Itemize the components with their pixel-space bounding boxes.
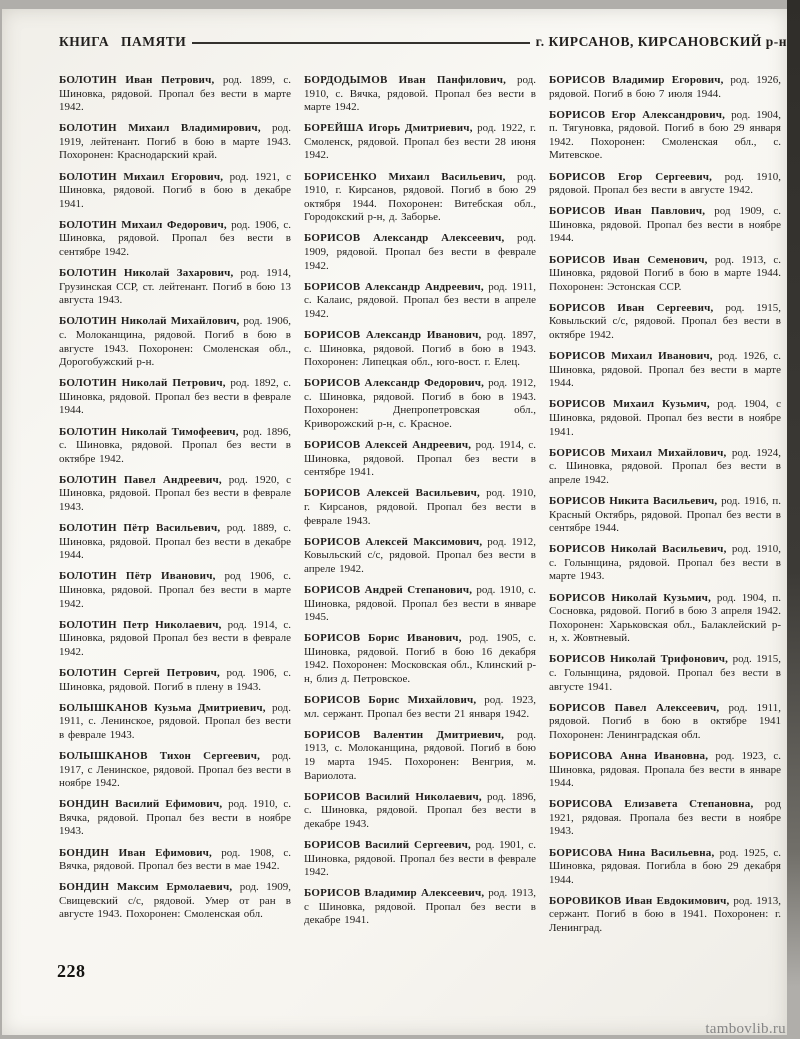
entry-name: БОЛОТИН Пётр Иванович, (59, 570, 216, 582)
memorial-entry: БОЛОТИН Михаил Федорович, род. 1906, с. … (59, 219, 291, 260)
memorial-entry: БОЛОТИН Николай Михайлович, род. 1906, с… (59, 315, 291, 369)
entry-name: БОРИСОВ Андрей Степанович, (304, 584, 472, 596)
scanned-page-container: КНИГА ПАМЯТИ г. КИРСАНОВ, КИРСАНОВСКИЙ р… (0, 0, 800, 1039)
entry-name: БОРИСОВ Александр Иванович, (304, 329, 481, 341)
memorial-entry: БОРИСОВ Михаил Кузьмич, род. 1904, с Шин… (549, 398, 781, 439)
entry-name: БОРИСОВ Иван Сергеевич, (549, 302, 713, 314)
memorial-entry: БОЛОТИН Михаил Егорович, род. 1921, с Ши… (59, 171, 291, 212)
memorial-entry: БОЛЫШКАНОВ Кузьма Дмитриевич, род. 1911,… (59, 702, 291, 743)
memorial-entry: БОНДИН Василий Ефимович, род. 1910, с. В… (59, 798, 291, 839)
entry-name: БОРЕЙША Игорь Дмитриевич, (304, 122, 473, 134)
memorial-entry: БОРИСОВ Александр Иванович, род. 1897, с… (304, 329, 536, 370)
entry-name: БОРИСОВ Александр Андреевич, (304, 281, 484, 293)
entry-name: БОРИСОВА Нина Васильевна, (549, 847, 714, 859)
book-title: КНИГА ПАМЯТИ (59, 34, 186, 50)
memorial-entry: БОРИСОВ Николай Кузьмич, род. 1904, п. С… (549, 592, 781, 646)
entry-name: БОЛОТИН Николай Петрович, (59, 377, 226, 389)
memorial-entry: БОРДОДЫМОВ Иван Панфилович, род. 1910, с… (304, 74, 536, 115)
entry-name: БОРИСОВ Борис Иванович, (304, 632, 462, 644)
entries-columns: БОЛОТИН Иван Петрович, род. 1899, с. Шин… (59, 74, 781, 966)
memorial-entry: БОНДИН Иван Ефимович, род. 1908, с. Вячк… (59, 847, 291, 874)
entry-name: БОРИСОВ Николай Васильевич, (549, 543, 727, 555)
entry-name: БОРИСОВ Владимир Егорович, (549, 74, 724, 86)
entry-name: БОРИСОВ Егор Сергеевич, (549, 171, 712, 183)
entry-name: БОРИСОВ Михаил Кузьмич, (549, 398, 710, 410)
entry-name: БОРИСОВ Александр Федорович, (304, 377, 484, 389)
memorial-entry: БОРИСЕНКО Михаил Васильевич, род. 1910, … (304, 171, 536, 225)
entry-name: БОРИСОВ Иван Павлович, (549, 205, 705, 217)
memorial-entry: БОРИСОВ Егор Сергеевич, род. 1910, рядов… (549, 171, 781, 198)
memorial-entry: БОРИСОВ Борис Михайлович, род. 1923, мл.… (304, 694, 536, 721)
memorial-entry: БОРИСОВ Василий Николаевич, род. 1896, с… (304, 791, 536, 832)
memorial-entry: БОРИСОВ Александр Андреевич, род. 1911, … (304, 281, 536, 322)
memorial-entry: БОРИСОВ Павел Алексеевич, род. 1911, ряд… (549, 702, 781, 743)
entry-name: БОЛОТИН Николай Тимофеевич, (59, 426, 239, 438)
entry-name: БОРИСОВ Василий Сергеевич, (304, 839, 471, 851)
memorial-entry: БОРИСОВ Владимир Егорович, род. 1926, ря… (549, 74, 781, 101)
memorial-entry: БОЛОТИН Михаил Владимирович, род. 1919, … (59, 122, 291, 163)
entry-name: БОРИСОВА Анна Ивановна, (549, 750, 708, 762)
entry-name: БОЛОТИН Павел Андреевич, (59, 474, 222, 486)
entry-name: БОЛОТИН Сергей Петрович, (59, 667, 220, 679)
entry-name: БОНДИН Иван Ефимович, (59, 847, 212, 859)
memorial-entry: БОРИСОВ Иван Павлович, род 1909, с. Шино… (549, 205, 781, 246)
entry-name: БОРИСОВ Алексей Андреевич, (304, 439, 471, 451)
entry-name: БОРИСОВ Валентин Дмитриевич, (304, 729, 504, 741)
memorial-entry: БОРИСОВ Иван Семенович, род. 1913, с. Ши… (549, 254, 781, 295)
entry-name: БОРИСОВ Василий Николаевич, (304, 791, 482, 803)
page-header: КНИГА ПАМЯТИ г. КИРСАНОВ, КИРСАНОВСКИЙ р… (59, 34, 787, 50)
memorial-entry: БОЛОТИН Николай Тимофеевич, род. 1896, с… (59, 426, 291, 467)
memorial-entry: БОЛЫШКАНОВ Тихон Сергеевич, род. 1917, с… (59, 750, 291, 791)
memorial-entry: БОРИСОВ Михаил Иванович, род. 1926, с. Ш… (549, 350, 781, 391)
entry-name: БОЛОТИН Михаил Егорович, (59, 171, 223, 183)
entry-name: БОРИСОВ Николай Трифонович, (549, 653, 728, 665)
memorial-entry: БОРИСОВА Нина Васильевна, род. 1925, с. … (549, 847, 781, 888)
entry-name: БОНДИН Василий Ефимович, (59, 798, 222, 810)
memorial-entry: БОРИСОВ Александр Алексеевич, род. 1909,… (304, 232, 536, 273)
entry-name: БОРИСЕНКО Михаил Васильевич, (304, 171, 506, 183)
memorial-entry: БОРИСОВ Василий Сергеевич, род. 1901, с.… (304, 839, 536, 880)
memorial-entry: БОРИСОВ Никита Васильевич, род. 1916, п.… (549, 495, 781, 536)
memorial-entry: БОРОВИКОВ Иван Евдокимович, род. 1913, с… (549, 895, 781, 936)
memorial-entry: БОЛОТИН Пётр Васильевич, род. 1889, с. Ш… (59, 522, 291, 563)
memorial-entry: БОЛОТИН Павел Андреевич, род. 1920, с Ши… (59, 474, 291, 515)
memorial-entry: БОРИСОВ Иван Сергеевич, род. 1915, Ковыл… (549, 302, 781, 343)
library-watermark: tambovlib.ru (705, 1021, 786, 1038)
column-3: БОРИСОВ Владимир Егорович, род. 1926, ря… (549, 74, 781, 966)
memorial-entry: БОРИСОВ Николай Васильевич, род. 1910, с… (549, 543, 781, 584)
entry-name: БОРИСОВ Михаил Иванович, (549, 350, 713, 362)
entry-name: БОЛОТИН Михаил Владимирович, (59, 122, 261, 134)
memorial-entry: БОРИСОВ Андрей Степанович, род. 1910, с.… (304, 584, 536, 625)
memorial-entry: БОРИСОВА Анна Ивановна, род. 1923, с. Ши… (549, 750, 781, 791)
page-edge-shadow (787, 0, 800, 1039)
memorial-entry: БОРИСОВ Александр Федорович, род. 1912, … (304, 377, 536, 431)
entry-name: БОЛОТИН Михаил Федорович, (59, 219, 227, 231)
entry-name: БОРИСОВ Иван Семенович, (549, 254, 708, 266)
entry-name: БОРИСОВ Алексей Васильевич, (304, 487, 480, 499)
memorial-entry: БОРИСОВ Николай Трифонович, род. 1915, с… (549, 653, 781, 694)
entry-name: БОРИСОВ Михаил Михайлович, (549, 447, 726, 459)
entry-name: БОРДОДЫМОВ Иван Панфилович, (304, 74, 506, 86)
memorial-entry: БОРИСОВ Валентин Дмитриевич, род. 1913, … (304, 729, 536, 783)
entry-name: БОЛОТИН Николай Михайлович, (59, 315, 240, 327)
entry-name: БОРИСОВ Владимир Алексеевич, (304, 887, 484, 899)
entry-name: БОРИСОВ Николай Кузьмич, (549, 592, 711, 604)
memorial-entry: БОЛОТИН Петр Николаевич, род. 1914, с. Ш… (59, 619, 291, 660)
memorial-entry: БОРИСОВ Михаил Михайлович, род. 1924, с.… (549, 447, 781, 488)
column-2: БОРДОДЫМОВ Иван Панфилович, род. 1910, с… (304, 74, 536, 966)
entry-name: БОНДИН Максим Ермолаевич, (59, 881, 232, 893)
header-rule (192, 42, 529, 44)
entry-name: БОЛОТИН Иван Петрович, (59, 74, 214, 86)
entry-name: БОРИСОВ Егор Александрович, (549, 109, 725, 121)
entry-name: БОЛОТИН Пётр Васильевич, (59, 522, 220, 534)
memorial-entry: БОЛОТИН Сергей Петрович, род. 1906, с. Ш… (59, 667, 291, 694)
entry-name: БОРОВИКОВ Иван Евдокимович, (549, 895, 729, 907)
entry-name: БОЛОТИН Николай Захарович, (59, 267, 234, 279)
memorial-entry: БОЛОТИН Николай Петрович, род. 1892, с. … (59, 377, 291, 418)
district-title: г. КИРСАНОВ, КИРСАНОВСКИЙ р-н (536, 34, 787, 50)
memorial-entry: БОЛОТИН Николай Захарович, род. 1914, Гр… (59, 267, 291, 308)
memorial-entry: БОРИСОВ Владимир Алексеевич, род. 1913, … (304, 887, 536, 928)
entry-name: БОЛОТИН Петр Николаевич, (59, 619, 222, 631)
entry-name: БОРИСОВ Александр Алексеевич, (304, 232, 504, 244)
memorial-entry: БОРИСОВ Алексей Максимович, род. 1912, К… (304, 536, 536, 577)
memorial-entry: БОЛОТИН Пётр Иванович, род 1906, с. Шино… (59, 570, 291, 611)
memorial-entry: БОРЕЙША Игорь Дмитриевич, род. 1922, г. … (304, 122, 536, 163)
entry-name: БОРИСОВ Борис Михайлович, (304, 694, 476, 706)
page-number: 228 (57, 961, 86, 982)
memorial-entry: БОНДИН Максим Ермолаевич, род. 1909, Сви… (59, 881, 291, 922)
entry-name: БОРИСОВ Павел Алексеевич, (549, 702, 719, 714)
memorial-entry: БОРИСОВ Егор Александрович, род. 1904, п… (549, 109, 781, 163)
memorial-entry: БОРИСОВ Алексей Васильевич, род. 1910, г… (304, 487, 536, 528)
memorial-entry: БОЛОТИН Иван Петрович, род. 1899, с. Шин… (59, 74, 291, 115)
entry-name: БОРИСОВА Елизавета Степановна, (549, 798, 753, 810)
entry-name: БОРИСОВ Алексей Максимович, (304, 536, 482, 548)
column-1: БОЛОТИН Иван Петрович, род. 1899, с. Шин… (59, 74, 291, 966)
memorial-entry: БОРИСОВА Елизавета Степановна, род 1921,… (549, 798, 781, 839)
entry-name: БОЛЫШКАНОВ Кузьма Дмитриевич, (59, 702, 266, 714)
entry-name: БОРИСОВ Никита Васильевич, (549, 495, 717, 507)
memorial-entry: БОРИСОВ Борис Иванович, род. 1905, с. Ши… (304, 632, 536, 686)
memorial-entry: БОРИСОВ Алексей Андреевич, род. 1914, с.… (304, 439, 536, 480)
entry-name: БОЛЫШКАНОВ Тихон Сергеевич, (59, 750, 260, 762)
